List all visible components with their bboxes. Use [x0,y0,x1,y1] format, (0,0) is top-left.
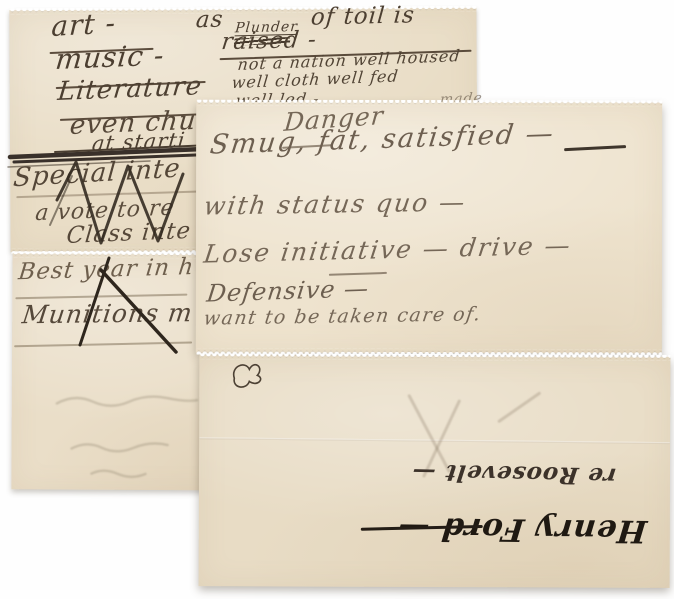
docket-line: re Roosevelt — [379,458,617,490]
note-text: of toil is [310,2,416,30]
note-line: Special inte [12,153,182,193]
note-line: at starti [91,128,187,156]
note-line: Literature [56,71,203,107]
note-line: Lose initiative — drive — [202,231,574,269]
note-line: Class inte [65,218,192,249]
note-line: Defensive — [205,274,371,308]
faint-rule [14,341,192,346]
note-card-bottom-right: re Roosevelt — Henry Ford — [199,355,671,588]
note-line: Munitions m [20,298,194,329]
note-line: raised - [220,27,318,55]
crease-line [199,437,670,444]
note-line: Smug, fat, satisfied — [208,118,557,161]
dark-dash [564,145,626,151]
note-line: with status quo — [202,187,468,220]
note-card-top-right: Danger Smug, fat, satisfied — with statu… [196,102,662,354]
note-line: Best year in h [17,254,196,285]
note-text: as [195,7,225,34]
note-line: music - [54,39,166,77]
loop-doodle [229,359,265,393]
note-line: art - [51,6,117,43]
handwritten-notes-photo: art - music - Literature even chu at sta… [0,0,674,599]
note-line: want to be taken care of. [202,303,483,329]
